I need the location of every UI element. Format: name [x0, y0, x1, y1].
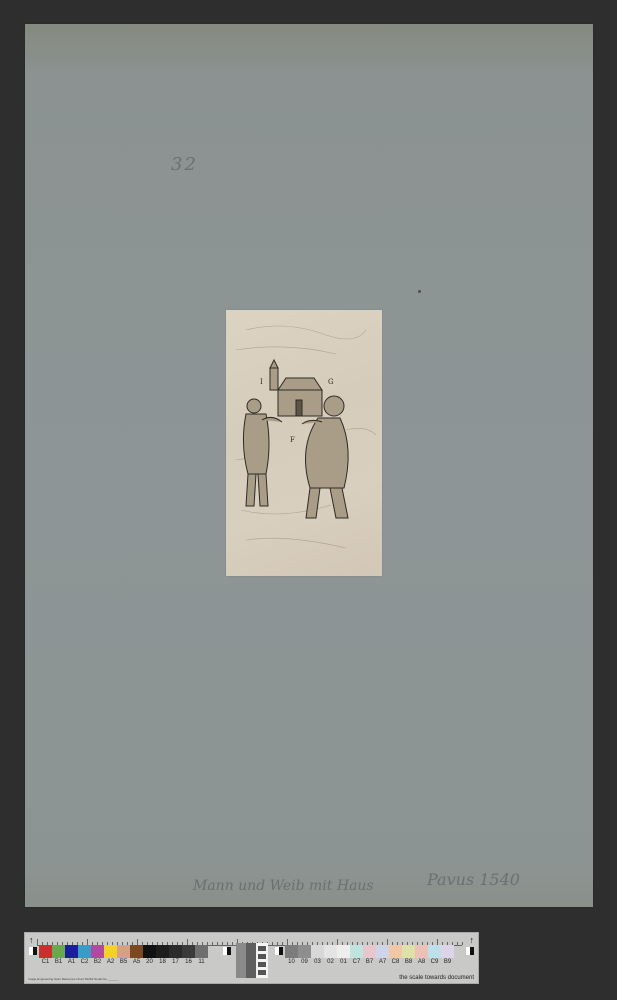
color-patch — [143, 945, 156, 958]
color-patch — [298, 945, 311, 958]
color-calibration-target: ↑ ↑ C1B1A1C2B2A2B5A52018171611 100903020… — [24, 932, 479, 984]
pencil-note-right: Pavus 1540 — [427, 870, 520, 889]
color-patch — [104, 945, 117, 958]
color-patch — [363, 945, 376, 958]
bw-marker — [466, 947, 474, 955]
patch-label: B1 — [52, 959, 65, 965]
patch-label: 18 — [156, 959, 169, 965]
color-patch — [415, 945, 428, 958]
patch-label: 11 — [195, 959, 208, 965]
patch-label: A8 — [415, 959, 428, 965]
mount-mark — [418, 290, 421, 293]
patch-label: A5 — [130, 959, 143, 965]
patch-label: C2 — [78, 959, 91, 965]
color-patch — [428, 945, 441, 958]
color-patch — [156, 945, 169, 958]
right-color-patches — [285, 945, 454, 958]
color-patch — [376, 945, 389, 958]
color-patch — [402, 945, 415, 958]
patch-label: 17 — [169, 959, 182, 965]
bw-marker — [275, 947, 283, 955]
pencil-note-left: Mann und Weib mit Haus — [193, 878, 374, 894]
bw-marker — [29, 947, 37, 955]
patch-label: B8 — [402, 959, 415, 965]
color-patch — [39, 945, 52, 958]
color-patch — [337, 945, 350, 958]
color-patch — [78, 945, 91, 958]
patch-label: A2 — [104, 959, 117, 965]
color-patch — [195, 945, 208, 958]
patch-label: C7 — [350, 959, 363, 965]
right-patch-labels: 1009030201C7B7A7C8B8A8C9B9 — [285, 959, 454, 965]
patch-label: A7 — [376, 959, 389, 965]
svg-text:G: G — [328, 378, 334, 386]
grey-wedge — [236, 943, 256, 978]
color-patch — [91, 945, 104, 958]
woodcut-print: I G F — [226, 310, 382, 576]
patch-label: A1 — [65, 959, 78, 965]
color-patch — [117, 945, 130, 958]
color-patch — [65, 945, 78, 958]
patch-label: 02 — [324, 959, 337, 965]
svg-text:F: F — [290, 436, 295, 444]
pencil-number: 32 — [171, 154, 198, 175]
color-patch — [441, 945, 454, 958]
patch-label: 09 — [298, 959, 311, 965]
target-caption: the scale towards document — [399, 975, 474, 981]
patch-label: B9 — [441, 959, 454, 965]
left-patch-labels: C1B1A1C2B2A2B5A52018171611 — [39, 959, 208, 965]
left-color-patches — [39, 945, 208, 958]
color-patch — [324, 945, 337, 958]
bw-marker — [223, 947, 231, 955]
color-patch — [182, 945, 195, 958]
color-patch — [389, 945, 402, 958]
color-patch — [52, 945, 65, 958]
patch-label: C8 — [389, 959, 402, 965]
up-arrow-icon: ↑ — [29, 935, 34, 945]
patch-label: 16 — [182, 959, 195, 965]
color-patch — [169, 945, 182, 958]
patch-label: 03 — [311, 959, 324, 965]
patch-label: B7 — [363, 959, 376, 965]
woodcut-illustration: I G F — [226, 310, 382, 576]
patch-label: 20 — [143, 959, 156, 965]
up-arrow-icon: ↑ — [470, 935, 475, 945]
target-footer: Image Engineering Scan Reference Chart T… — [28, 977, 118, 981]
patch-label: 01 — [337, 959, 350, 965]
color-patch — [130, 945, 143, 958]
color-patch — [350, 945, 363, 958]
mount-card: 32 I G F — [25, 24, 593, 907]
resolution-target — [256, 943, 268, 978]
color-patch — [285, 945, 298, 958]
patch-label: B5 — [117, 959, 130, 965]
color-patch — [311, 945, 324, 958]
patch-label: C1 — [39, 959, 52, 965]
patch-label: 10 — [285, 959, 298, 965]
svg-text:I: I — [260, 378, 263, 386]
patch-label: C9 — [428, 959, 441, 965]
patch-label: B2 — [91, 959, 104, 965]
